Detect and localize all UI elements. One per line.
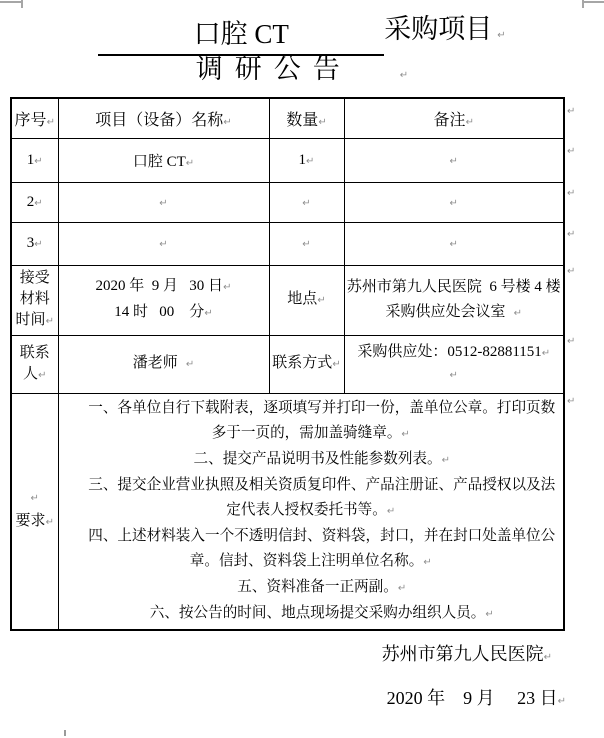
paragraph-mark: ↵ xyxy=(47,117,55,128)
contact-method-label: 联系方式↵ xyxy=(269,335,344,393)
paragraph-mark: ↵ xyxy=(423,557,431,568)
table-header-row: 序号↵ 项目（设备）名称↵ 数量↵ 备注↵ xyxy=(11,98,564,138)
paragraph-mark: ↵ xyxy=(514,308,522,319)
document-page: 口腔 CT采购项目↵ 调研公告↵ 序号↵ 项目（设备）名称↵ 数量↵ 备注↵ 1… xyxy=(0,0,604,738)
paragraph-mark: ↵ xyxy=(204,308,212,319)
table-row: 3↵ ↵ ↵ ↵ xyxy=(11,222,564,265)
paragraph-mark: ↵ xyxy=(223,282,231,293)
paragraph-mark: ↵ xyxy=(159,239,167,250)
crop-mark-top-right-v xyxy=(582,0,584,8)
contact-row: 联系 人↵ 潘老师↵ 联系方式↵ 采购供应处：0512-82881151↵ ↵ xyxy=(11,335,564,393)
announcement-table: 序号↵ 项目（设备）名称↵ 数量↵ 备注↵ 1↵ 口腔 CT↵ 1↵ ↵ 2↵ … xyxy=(10,97,565,631)
title-line2-text: 调研公告 xyxy=(196,54,352,84)
row3-note: ↵ xyxy=(344,222,564,265)
requirements-label-line: 要求↵ xyxy=(14,510,56,534)
signature-date: 2020 年 9 月 23 日↵ xyxy=(0,684,566,710)
contact-method-value: 采购供应处：0512-82881151↵ ↵ xyxy=(344,335,564,393)
paragraph-mark: ↵ xyxy=(450,239,458,250)
paragraph-mark: ↵ xyxy=(558,696,566,707)
paragraph-mark: ↵ xyxy=(302,198,310,209)
paragraph-mark: ↵ xyxy=(223,117,231,128)
header-cell-qty: 数量↵ xyxy=(269,98,344,138)
contact-phone-line: 采购供应处：0512-82881151↵ xyxy=(347,342,562,364)
paragraph-mark: ↵ xyxy=(544,652,552,663)
paragraph-mark: ↵ xyxy=(497,30,505,41)
paragraph-mark: ↵ xyxy=(401,429,409,440)
title-blank-text: 口腔 CT xyxy=(194,19,289,49)
paragraph-mark: ↵ xyxy=(14,488,56,510)
place-label: 地点↵ xyxy=(269,265,344,335)
accept-hour-line: 14 时 00 分↵ xyxy=(61,300,267,326)
requirements-row: ↵ 要求↵ 一、各单位自行下载附表，逐项填写并打印一份，盖单位公章。打印页数多于… xyxy=(11,393,564,630)
contact-label: 联系 人↵ xyxy=(11,335,58,393)
paragraph-mark: ↵ xyxy=(38,370,46,381)
row2-qty: ↵ xyxy=(269,182,344,222)
place-line2: 采购供应处会议室↵ xyxy=(347,300,562,326)
title-suffix: 采购项目 xyxy=(384,14,492,44)
row1-no: 1↵ xyxy=(11,138,58,182)
row3-no: 3↵ xyxy=(11,222,58,265)
paragraph-mark: ↵ xyxy=(34,198,42,209)
paragraph-mark: ↵ xyxy=(485,609,493,620)
paragraph-mark: ↵ xyxy=(34,156,42,167)
paragraph-mark: ↵ xyxy=(442,455,450,466)
title-underlined-blank: 口腔 CT xyxy=(98,14,384,56)
paragraph-mark: ↵ xyxy=(186,359,194,370)
requirement-item: 四、上述材料装入一个不透明信封、资料袋，封口，并在封口处盖单位公章。信封、资料袋… xyxy=(61,524,562,575)
paragraph-mark: ↵ xyxy=(450,370,458,381)
row3-name: ↵ xyxy=(58,222,269,265)
paragraph-mark: ↵ xyxy=(302,239,310,250)
requirement-item: 二、提交产品说明书及性能参数列表。↵ xyxy=(61,447,562,473)
row1-name: 口腔 CT↵ xyxy=(58,138,269,182)
empty-line: ↵ xyxy=(347,364,562,386)
accept-time-label: 接受 材料 时间↵ xyxy=(11,265,58,335)
row-end-paragraph-mark: ↵ xyxy=(567,266,575,277)
paragraph-mark: ↵ xyxy=(46,316,54,327)
row3-qty: ↵ xyxy=(269,222,344,265)
crop-mark-top-left-v xyxy=(21,0,23,8)
crop-mark-top-right-h xyxy=(582,1,604,3)
paragraph-mark: ↵ xyxy=(542,348,550,359)
table-row: 2↵ ↵ ↵ ↵ xyxy=(11,182,564,222)
row2-note: ↵ xyxy=(344,182,564,222)
requirement-item: 三、提交企业营业执照及相关资质复印件、产品注册证、产品授权以及法定代表人授权委托… xyxy=(61,473,562,524)
document-title-line1: 口腔 CT采购项目↵ xyxy=(0,9,604,56)
header-cell-note: 备注↵ xyxy=(344,98,564,138)
accept-time-value: 2020 年 9 月 30 日↵ 14 时 00 分↵ xyxy=(58,265,269,335)
bottom-cursor-mark xyxy=(64,730,66,736)
header-cell-no: 序号↵ xyxy=(11,98,58,138)
requirements-content: 一、各单位自行下载附表，逐项填写并打印一份，盖单位公章。打印页数多于一页的，需加… xyxy=(58,393,564,630)
paragraph-mark: ↵ xyxy=(387,506,395,517)
accept-materials-row: 接受 材料 时间↵ 2020 年 9 月 30 日↵ 14 时 00 分↵ 地点… xyxy=(11,265,564,335)
paragraph-mark: ↵ xyxy=(159,198,167,209)
row1-note: ↵ xyxy=(344,138,564,182)
row-end-paragraph-mark: ↵ xyxy=(567,336,575,347)
contact-person: 潘老师↵ xyxy=(58,335,269,393)
table-row: 1↵ 口腔 CT↵ 1↵ ↵ xyxy=(11,138,564,182)
crop-mark-top-left-h xyxy=(0,1,22,3)
paragraph-mark: ↵ xyxy=(186,158,194,169)
paragraph-mark: ↵ xyxy=(306,156,314,167)
accept-date-line: 2020 年 9 月 30 日↵ xyxy=(61,274,267,300)
place-value: 苏州市第九人民医院 6 号楼 4 楼 采购供应处会议室↵ xyxy=(344,265,564,335)
paragraph-mark: ↵ xyxy=(318,117,326,128)
header-cell-name: 项目（设备）名称↵ xyxy=(58,98,269,138)
row1-qty: 1↵ xyxy=(269,138,344,182)
paragraph-mark: ↵ xyxy=(34,239,42,250)
paragraph-mark: ↵ xyxy=(46,517,54,528)
paragraph-mark: ↵ xyxy=(466,117,474,128)
requirement-item: 六、按公告的时间、地点现场提交采购办组织人员。↵ xyxy=(61,601,562,627)
place-line1: 苏州市第九人民医院 6 号楼 4 楼 xyxy=(347,275,562,300)
document-title-line2: 调研公告↵ xyxy=(0,52,604,93)
row2-name: ↵ xyxy=(58,182,269,222)
row2-no: 2↵ xyxy=(11,182,58,222)
row-end-paragraph-mark: ↵ xyxy=(567,146,575,157)
paragraph-mark: ↵ xyxy=(317,295,325,306)
row-end-paragraph-mark: ↵ xyxy=(567,396,575,407)
paragraph-mark: ↵ xyxy=(398,583,406,594)
paragraph-mark: ↵ xyxy=(450,198,458,209)
requirements-label: ↵ 要求↵ xyxy=(11,393,58,630)
row-end-paragraph-mark: ↵ xyxy=(567,188,575,199)
row-end-paragraph-mark: ↵ xyxy=(567,106,575,117)
paragraph-mark: ↵ xyxy=(450,156,458,167)
paragraph-mark: ↵ xyxy=(332,359,340,370)
row-end-paragraph-mark: ↵ xyxy=(567,229,575,240)
paragraph-mark: ↵ xyxy=(400,70,408,81)
requirement-item: 五、资料准备一正两副。↵ xyxy=(61,575,562,601)
signature-organization: 苏州市第九人民医院↵ xyxy=(0,640,552,666)
requirement-item: 一、各单位自行下载附表，逐项填写并打印一份，盖单位公章。打印页数多于一页的，需加… xyxy=(61,396,562,447)
